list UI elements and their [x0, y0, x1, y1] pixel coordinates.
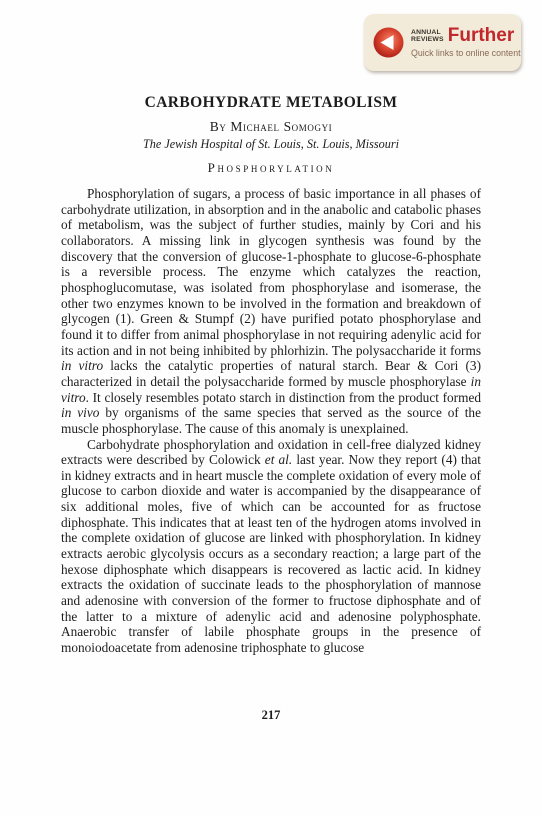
body-paragraph: Phosphorylation of sugars, a process of … [61, 186, 481, 437]
annual-reviews-wordmark-line1: ANNUAL [411, 29, 444, 36]
article-byline: By Michael Somogyi [0, 119, 542, 135]
annual-reviews-wordmark: ANNUAL REVIEWS [411, 29, 444, 44]
badge-text-block: ANNUAL REVIEWS Further Quick links to on… [411, 28, 521, 58]
further-back-arrow-icon [373, 27, 404, 58]
body-paragraph: Carbohydrate phosphorylation and oxidati… [61, 437, 481, 656]
badge-brand-row: ANNUAL REVIEWS Further [411, 28, 521, 44]
annual-reviews-further-badge[interactable]: ANNUAL REVIEWS Further Quick links to on… [364, 14, 521, 71]
article-body: Phosphorylation of sugars, a process of … [61, 186, 481, 656]
document-page: ANNUAL REVIEWS Further Quick links to on… [0, 0, 542, 816]
article-title: CARBOHYDRATE METABOLISM [0, 94, 542, 112]
section-heading-phosphorylation: Phosphorylation [0, 160, 542, 176]
page-number: 217 [0, 708, 542, 723]
badge-tagline: Quick links to online content [411, 48, 521, 58]
article-affiliation: The Jewish Hospital of St. Louis, St. Lo… [0, 137, 542, 152]
further-label: Further [448, 28, 515, 44]
annual-reviews-wordmark-line2: REVIEWS [411, 36, 444, 43]
